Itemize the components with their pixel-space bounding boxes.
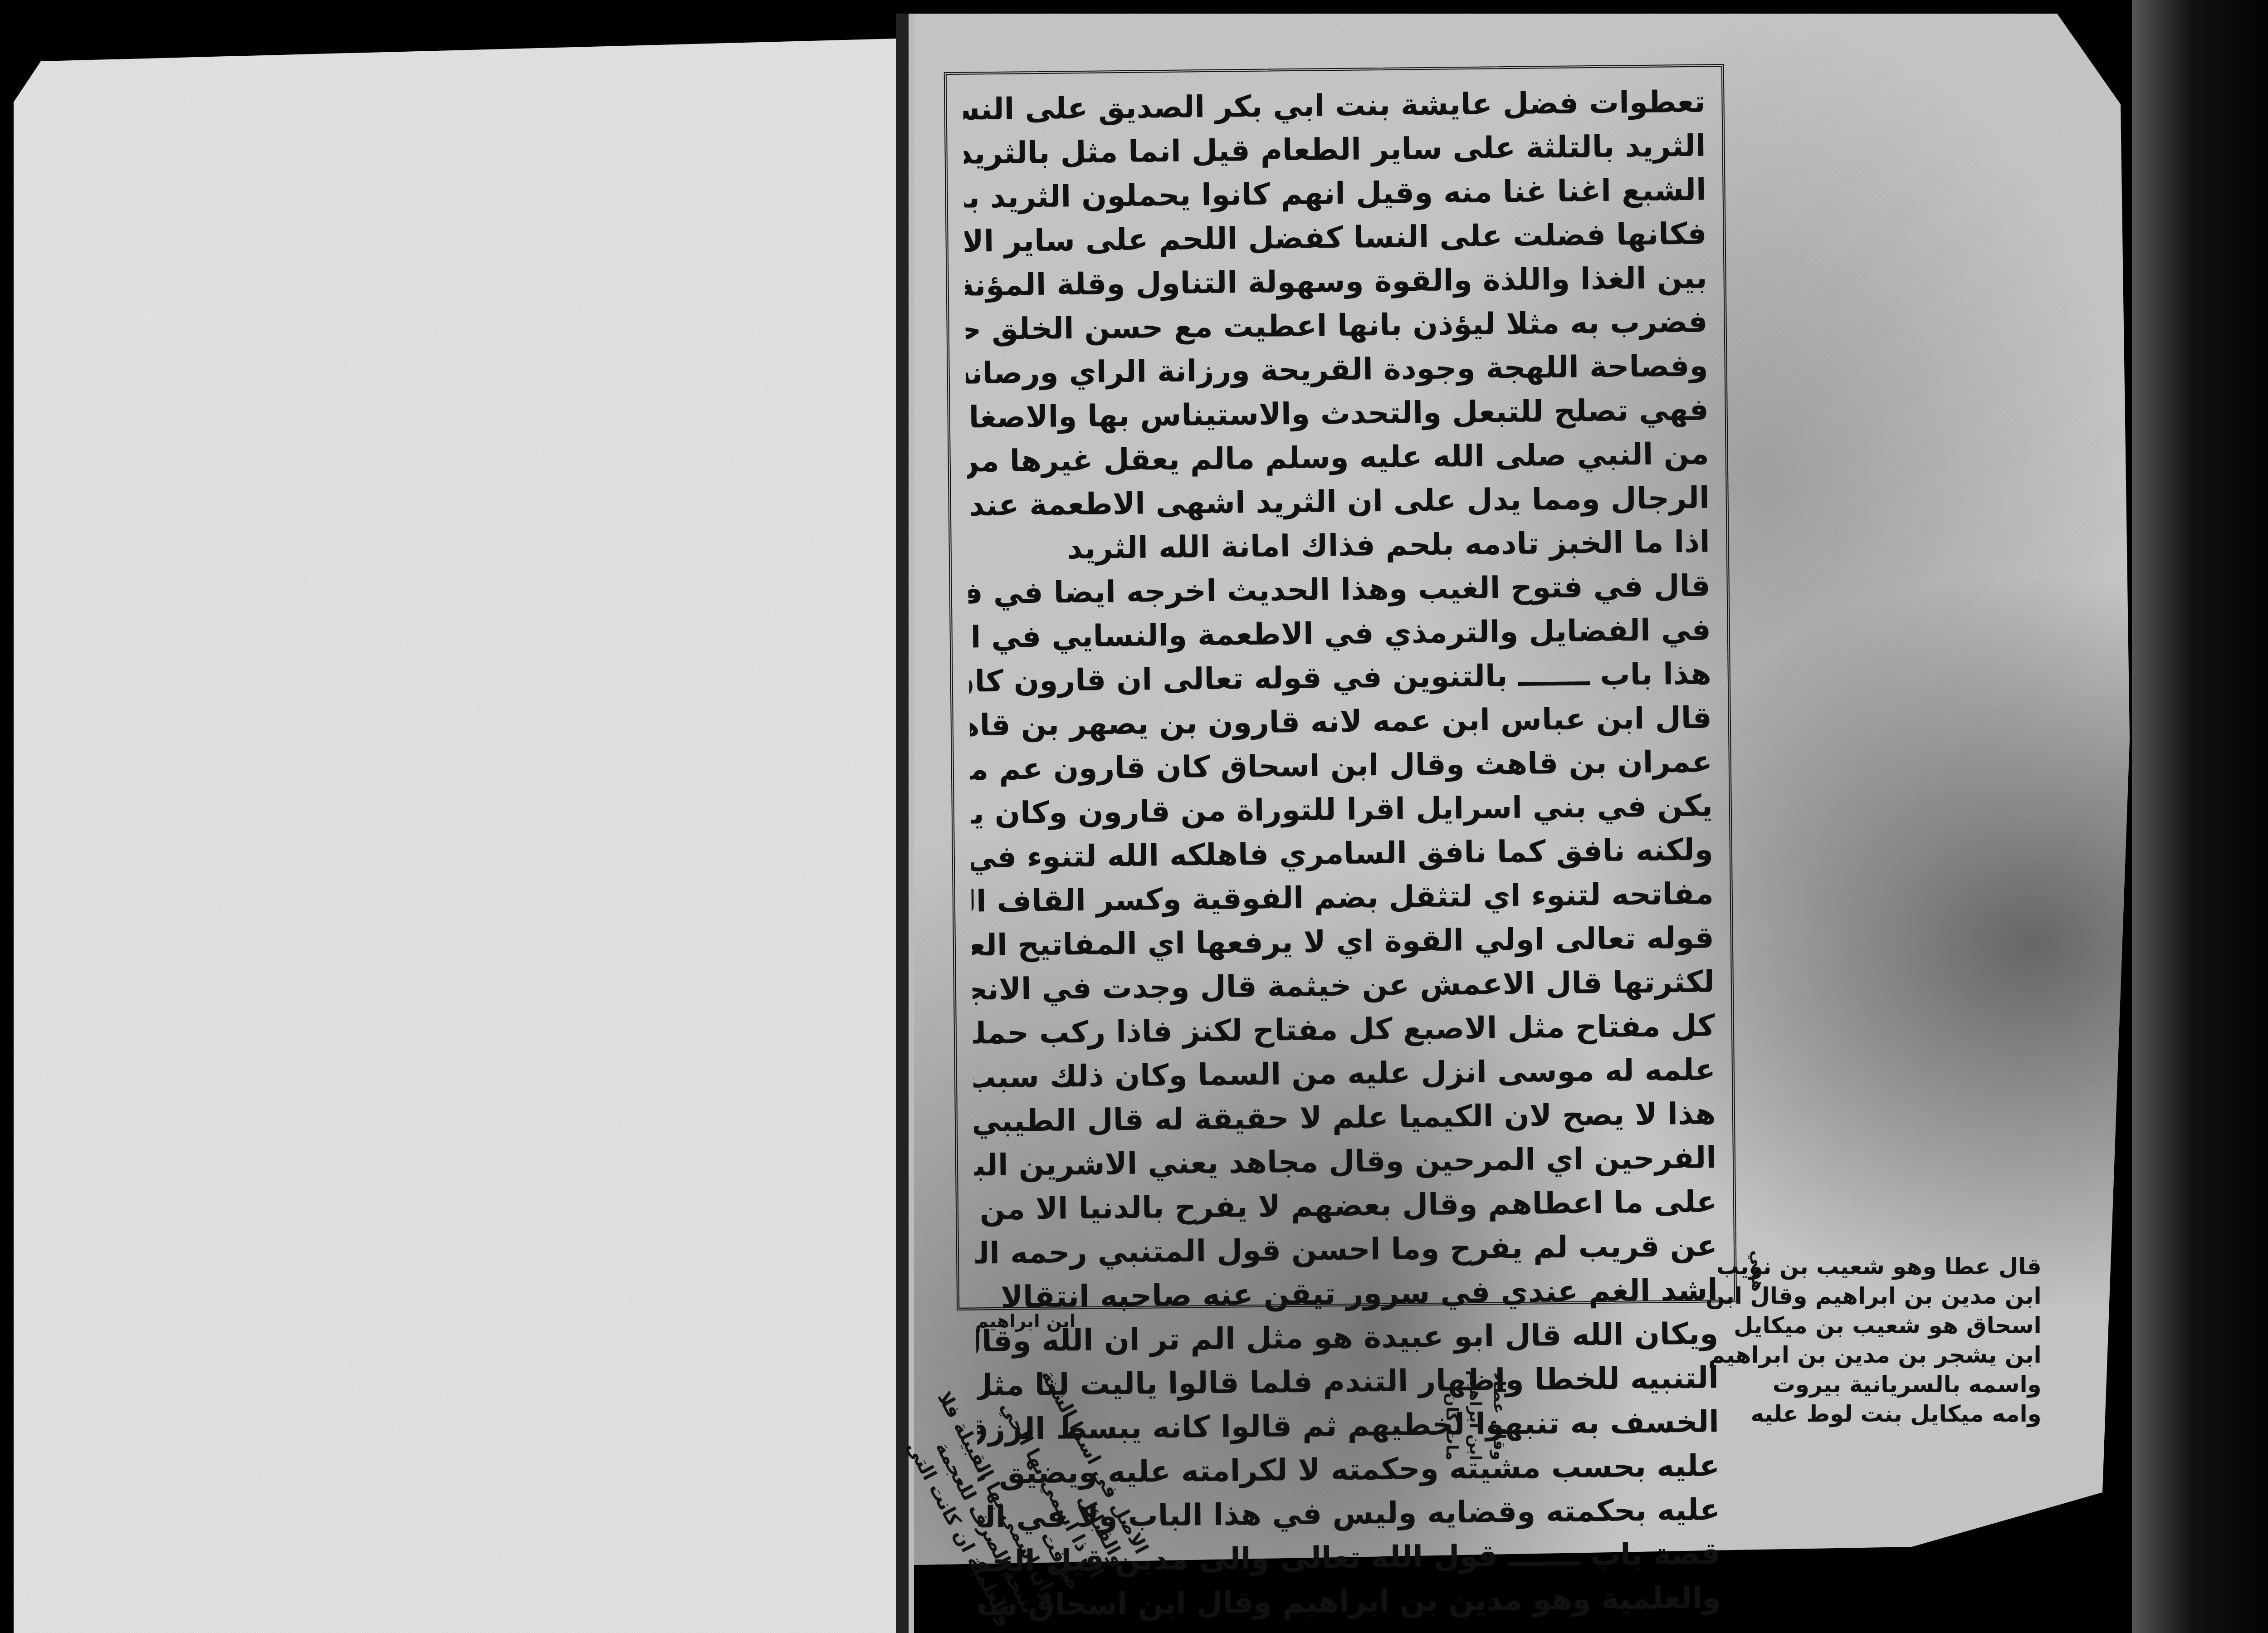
text-line: التنبيه للخطا واظهار التندم فلما قالوا ي… (977, 1355, 1719, 1407)
text-line: قوله تعالى اولي القوة اي لا يرفعها اي ال… (972, 915, 1714, 967)
text-line: اذا ما الخبز تادمه بلحم فذاك امانة الله … (968, 519, 1710, 571)
margin-note-line: اسحاق هو شعيب بن ميكايل (1706, 1311, 2042, 1340)
text-line: قال في فتوح الغيب وهذا الحديث اخرجه ايضا… (968, 563, 1711, 615)
margin-note-line: واسمه بالسريانية بيروت (1706, 1370, 2042, 1399)
text-line: الشبع اغنا غنا منه وقيل انهم كانوا يحملو… (964, 167, 1706, 219)
text-line: علمه له موسى انزل عليه من السما وكان ذلك… (973, 1047, 1716, 1099)
text-line: وفصاحة اللهجة وجودة القريحة ورزانة الراي… (966, 343, 1708, 395)
text-line: بين الغذا واللذة والقوة وسهولة التناول و… (965, 255, 1707, 307)
text-line: ولكنه نافق كما نافق السامري فاهلكه الله … (971, 827, 1713, 879)
gutter-highlight (909, 14, 914, 1633)
side-mark: هفي (1748, 1250, 1768, 1292)
book-gutter (896, 14, 909, 1633)
text-line: كل مفتاح مثل الاصبع كل مفتاح لكنز فاذا ر… (973, 1003, 1715, 1055)
text-line: عن قريب لم يفرح وما احسن قول المتنبي رحم… (975, 1223, 1718, 1275)
main-text-block: تعطوات فضل عايشة بنت ابي بكر الصديق على … (944, 64, 1737, 1310)
text-line: مفاتحه لتنوء اي لتثقل بضم الفوقية وكسر ا… (971, 871, 1714, 923)
margin-note-line: ابن ابراهيم (1463, 1315, 1487, 1461)
text-line: فكانها فضلت على النسا كفضل اللحم على ساي… (964, 211, 1707, 263)
text-line: عمران بن قاهث وقال ابن اسحاق كان قارون ع… (970, 739, 1712, 791)
text-line: قال ابن عباس ابن عمه لانه قارون بن يصهر … (969, 695, 1712, 747)
text-line: ويكان الله قال ابو عبيدة هو مثل الم تر ا… (976, 1311, 1719, 1363)
text-line: من النبي صلى الله عليه وسلم مالم يعقل غي… (967, 431, 1709, 483)
text-line: يكن في بني اسرايل اقرا للتوراة من قارون … (970, 783, 1713, 835)
margin-note-line: وقال عطاء (1487, 1315, 1510, 1461)
text-line: الفرحين اي المرحين وقال مجاهد يعني الاشر… (974, 1135, 1716, 1187)
margin-note-line: مات كان (1440, 1315, 1463, 1461)
text-line: فضرب به مثلا ليؤذن بانها اعطيت مع حسن ال… (965, 299, 1708, 351)
text-line: لكثرتها قال الاعمش عن خيثمة قال وجدت في … (972, 959, 1715, 1011)
text-line: تعطوات فضل عايشة بنت ابي بكر الصديق على … (963, 80, 1706, 132)
text-line: على ما اعطاهم وقال بعضهم لا يفرح بالدنيا… (975, 1179, 1717, 1231)
margin-note-bottom-label: ابن ابراهيم (975, 1311, 1075, 1332)
text-line: اشد الغم عندي في سرور تيقن عنه صاحبه انت… (976, 1267, 1718, 1319)
blank-left-page (14, 39, 896, 1633)
text-line: والعلمية وهو مدين بن ابراهيم وقال ابن اس… (979, 1575, 1721, 1627)
margin-note-line: وامه ميكايل بنت لوط عليه (1706, 1399, 2042, 1429)
text-line: هذا لا يصح لان الكيميا علم لا حقيقة له ق… (973, 1091, 1716, 1143)
text-line: الرجال ومما يدل على ان الثريد اشهى الاطع… (967, 475, 1710, 527)
margin-note-vertical: وقال عطاءابن ابراهيممات كان (1440, 1315, 1510, 1461)
page-stack-shadow (2132, 0, 2268, 1633)
text-line: فهي تصلح للتبعل والتحدث والاستيناس بها و… (966, 387, 1709, 439)
margin-note-line: ابن يشجر بن مدين بن ابراهيم (1706, 1340, 2042, 1370)
text-line: الثريد بالتلثة على ساير الطعام قيل انما … (963, 124, 1706, 176)
text-line: في الفضايل والترمذي في الاطعمة والنسايي … (968, 607, 1711, 659)
text-line: هذا باب ـــــــ بالتنوين في قوله تعالى ا… (969, 651, 1711, 703)
